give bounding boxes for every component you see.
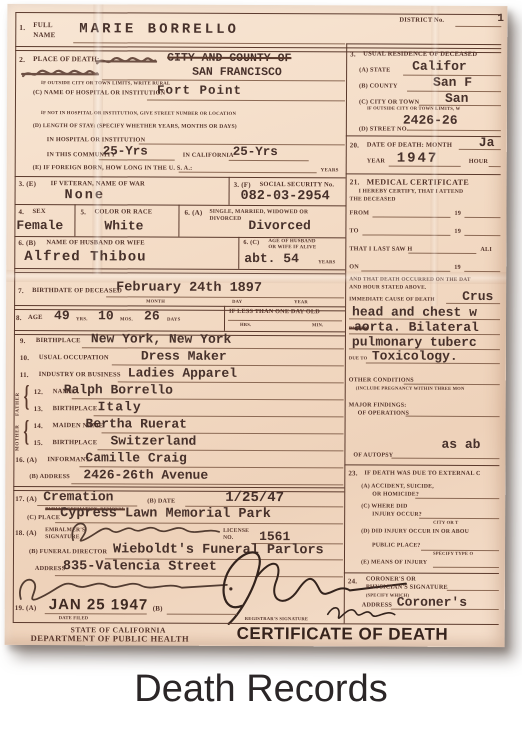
residence-city-value: San xyxy=(445,92,468,105)
race-num: 5. xyxy=(80,209,86,216)
industry-label: INDUSTRY OR BUSINESS xyxy=(39,372,121,379)
rule xyxy=(366,362,500,364)
occupation-label: USUAL OCCUPATION xyxy=(39,355,109,362)
age-years-value: 49 xyxy=(54,309,70,322)
major-findings-label: MAJOR FINDINGS: xyxy=(349,402,407,408)
spouse-label: NAME OF HUSBAND OR WIFE xyxy=(46,240,145,247)
cause-line1: Crus xyxy=(462,290,493,303)
accident-label2: OR HOMICIDE? xyxy=(372,493,419,499)
age-months-value: 10 xyxy=(98,309,114,322)
residence-city-sub: IF OUTSIDE CITY OR TOWN LIMITS, W xyxy=(367,106,460,111)
rule xyxy=(408,253,476,254)
sex-value: Female xyxy=(16,219,63,232)
hrs-label: HRS. xyxy=(240,323,251,328)
disposition-num: 17. (A) xyxy=(15,496,37,503)
in-california-label: IN CALIFORNIA xyxy=(183,153,234,159)
informant-value: Camille Craig xyxy=(85,451,186,464)
rule xyxy=(362,234,450,235)
marital-num: 6. (A) xyxy=(184,210,202,217)
day-label: DAY xyxy=(232,300,242,305)
scribble-overstrike xyxy=(95,54,157,67)
birthplace-value: New York, New York xyxy=(91,332,231,346)
full-name-value: MARIE BORRELLO xyxy=(79,22,239,37)
rule xyxy=(99,159,175,160)
not-in-hospital-note: IF NOT IN HOSPITAL OR INSTITUTION, GIVE … xyxy=(41,112,236,118)
informant-label: INFORMANT xyxy=(47,457,90,464)
spouse-age-unit: YEARS xyxy=(318,261,335,266)
place-of-death-label: PLACE OF DEATH: xyxy=(33,56,99,63)
industry-value: Ladies Apparel xyxy=(128,366,237,379)
age-num: 8. xyxy=(16,315,22,322)
race-value: White xyxy=(104,219,143,232)
cell-divider xyxy=(224,306,225,331)
certify-line2: THE DECEASED xyxy=(350,197,396,203)
rule xyxy=(464,235,500,236)
medical-title: MEDICAL CERTIFICATE xyxy=(367,178,470,186)
district-no-label: DISTRICT No. xyxy=(399,18,444,25)
footer-dept: DEPARTMENT OF PUBLIC HEALTH xyxy=(31,634,189,643)
where-injury-label1: (C) WHERE DID xyxy=(361,504,407,510)
month-label: MONTH xyxy=(146,300,165,305)
due-to-label: DUE TO xyxy=(349,356,368,361)
spouse-age-label2: OR WIFE IF ALIVE xyxy=(268,245,316,250)
coroner-num: 24. xyxy=(348,578,357,585)
residence-state-label: (A) STATE xyxy=(359,67,390,73)
informant-address-label: (B) ADDRESS xyxy=(29,474,70,480)
residence-label: USUAL RESIDENCE OF DECEASED xyxy=(363,51,477,58)
death-date-label: DATE OF DEATH: MONTH xyxy=(367,142,452,149)
rural-note: IF OUTSIDE CITY OR TOWN LIMITS, WRITE RU… xyxy=(41,82,170,87)
father-name-value: Ralph Borrello xyxy=(64,383,173,396)
specify-type-sub: SPECIFY TYPE O xyxy=(433,552,473,557)
father-birthplace-num: 13. xyxy=(34,406,43,413)
on-year19: 19 xyxy=(454,265,461,271)
mother-name-num: 14. xyxy=(34,423,43,430)
rule xyxy=(372,217,450,218)
birthdate-value: February 24th 1897 xyxy=(116,281,262,295)
year-label: YEAR xyxy=(294,300,308,305)
occupation-num: 10. xyxy=(20,355,29,362)
ssn-value: 082-03-2954 xyxy=(241,190,330,204)
marital-label2: DIVORCED xyxy=(209,217,241,223)
rule xyxy=(391,458,499,459)
rule xyxy=(419,518,499,519)
hospital-value: Fort Point xyxy=(157,85,242,98)
coroner-address-label: ADDRESS xyxy=(362,602,392,608)
spouse-value: Alfred Thibou xyxy=(24,250,146,265)
cell-divider xyxy=(178,205,179,237)
external-num: 23. xyxy=(348,470,357,477)
autopsy-value: as ab xyxy=(441,438,480,451)
in-hospital-label: IN HOSPITAL OR INSTITUTION xyxy=(47,137,145,144)
cause-line2: head and chest w xyxy=(352,305,477,319)
foreign-born-label: (E) IF FOREIGN BORN, HOW LONG IN THE U. … xyxy=(33,165,193,172)
date-filed-value: JAN 25 1947 xyxy=(49,597,148,612)
rule xyxy=(433,567,499,568)
rule xyxy=(464,271,500,272)
rule xyxy=(106,296,344,298)
disposition-date-value: 1/25/47 xyxy=(225,491,284,505)
in-california-value: 25-Yrs xyxy=(233,146,278,159)
residence-street-label: (D) STREET NO. xyxy=(359,126,409,132)
rule xyxy=(459,149,501,150)
death-certificate-document: DISTRICT No. 1 1. FULL NAME MARIE BORREL… xyxy=(5,4,508,647)
external-label: IF DEATH WAS DUE TO EXTERNAL C xyxy=(364,470,480,477)
to-label: TO xyxy=(349,228,358,234)
sex-label: SEX xyxy=(32,209,45,216)
rule xyxy=(406,416,500,417)
public-place-label: PUBLIC PLACE? xyxy=(372,544,421,550)
license-label1: LICENSE xyxy=(223,529,249,535)
rule xyxy=(455,26,501,27)
father-group-label: FATHER xyxy=(16,392,21,416)
accident-label1: (A) ACCIDENT, SUICIDE, xyxy=(361,484,434,490)
rule xyxy=(346,173,501,175)
embalmer-num: 18. (A) xyxy=(15,530,37,537)
veteran-num: 3. (E) xyxy=(19,181,37,188)
coroner-label1: CORONER'S OR xyxy=(366,576,416,582)
medical-num: 21. xyxy=(350,178,360,186)
residence-county-value: San F xyxy=(433,76,472,89)
mother-brace: { xyxy=(23,417,29,447)
to-year19: 19 xyxy=(454,229,461,235)
residence-street-value: 2426-26 xyxy=(403,114,458,127)
cell-divider xyxy=(229,177,230,205)
birthdate-num: 7. xyxy=(18,288,24,295)
ssn-label: SOCIAL SECURITY No. xyxy=(260,182,335,189)
border-top xyxy=(15,12,501,15)
residence-county-label: (B) COUNTY xyxy=(359,83,398,89)
death-year-value: 1947 xyxy=(397,152,439,166)
of-autopsy-label: OF AUTOPSY xyxy=(353,452,393,458)
place-city-county-struck: CITY AND COUNTY OF xyxy=(167,53,291,65)
date-filed-num: 19. (A) xyxy=(15,605,37,612)
district-no-value: 1 xyxy=(497,14,504,25)
rule xyxy=(346,135,501,137)
place-san-francisco: SAN FRANCISCO xyxy=(192,67,282,79)
in-community-value: 25-Yrs xyxy=(103,145,148,158)
rule xyxy=(229,160,309,161)
rule xyxy=(346,43,501,45)
age-label: AGE xyxy=(28,315,43,322)
last-saw-label: THAT I LAST SAW H xyxy=(349,246,412,252)
cell-divider xyxy=(74,204,75,236)
scribble-overstrike xyxy=(21,67,99,80)
hospital-label: (C) NAME OF HOSPITAL OR INSTITUTION xyxy=(33,90,165,97)
years-label: YEARS xyxy=(321,168,339,173)
rule xyxy=(489,166,501,167)
rule xyxy=(147,100,345,102)
mother-group-label: MOTHER xyxy=(15,425,20,451)
veteran-label: IF VETERAN, NAME OF WAR xyxy=(51,181,145,188)
spouse-age-value: abt. 54 xyxy=(244,252,299,265)
death-hour-label: HOUR xyxy=(469,159,488,165)
industry-num: 11. xyxy=(20,372,29,379)
cause-line5: Toxicology. xyxy=(372,350,458,363)
mother-birthplace-label: BIRTHPLACE xyxy=(52,440,97,447)
rule xyxy=(344,464,499,466)
funeral-address-label: ADDRESS xyxy=(35,566,65,572)
ssn-num: 3. (F) xyxy=(234,182,251,189)
father-name-num: 12. xyxy=(34,389,43,396)
occurred-line2: AND HOUR STATED ABOVE. xyxy=(349,285,426,291)
spouse-num: 6. (B) xyxy=(18,240,36,247)
coroner-label2: PHYSICIAN'S SIGNATURE xyxy=(366,584,448,591)
death-year-label: YEAR xyxy=(367,158,385,164)
disposition-value: Cremation xyxy=(43,490,113,503)
death-month-value: Ja xyxy=(479,136,495,149)
father-birthplace-label: BIRTHPLACE xyxy=(53,406,98,413)
full-name-label2: NAME xyxy=(33,32,55,39)
spouse-age-num: 6. (C) xyxy=(243,240,259,246)
spouse-age-label1: AGE OF HUSBAND xyxy=(268,239,315,244)
registrar-b-label: (B) xyxy=(153,606,163,613)
coroner-address-value: Coroner's xyxy=(397,596,467,609)
mother-birthplace-value: Switzerland xyxy=(110,434,196,447)
funeral-address-value: 835-Valencia Street xyxy=(63,560,217,574)
rule xyxy=(14,236,345,238)
race-label: COLOR OR RACE xyxy=(94,209,152,216)
less-than-day-label: IF LESS THAN ONE DAY OLD xyxy=(229,309,320,316)
rule xyxy=(15,204,346,206)
birthplace-label: BIRTHPLACE xyxy=(36,338,81,345)
on-label: ON xyxy=(349,264,359,270)
age-days-unit: DAYS xyxy=(167,319,180,324)
length-of-stay-label: (D) LENGTH OF STAY: (SPECIFY WHETHER YEA… xyxy=(33,124,237,130)
rule xyxy=(167,614,237,615)
full-name-num: 1. xyxy=(19,24,25,32)
cause-line4: pulmonary tuberc xyxy=(352,335,477,349)
from-year19: 19 xyxy=(454,211,461,217)
where-injury-label2: INJURY OCCUR? xyxy=(372,513,422,519)
place-of-death-num: 2. xyxy=(19,56,25,64)
rule xyxy=(15,176,346,178)
means-of-injury-label: (E) MEANS OF INJURY xyxy=(361,560,427,566)
disposition-place-label: (C) PLACE xyxy=(27,515,60,521)
funeral-director-label: (B) FUNERAL DIRECTOR xyxy=(29,549,107,556)
date-filed-sub: DATE FILED xyxy=(59,616,89,621)
mother-name-value: Bertha Ruerat xyxy=(86,417,187,430)
rule xyxy=(14,268,345,274)
registrar-sub: REGISTRAR'S SIGNATURE xyxy=(245,617,308,622)
sex-num: 4. xyxy=(18,209,24,216)
informant-num: 16. (A) xyxy=(15,457,37,464)
rule xyxy=(389,166,461,167)
rule xyxy=(71,483,343,485)
image-caption: Death Records xyxy=(0,668,522,711)
veteran-value: None xyxy=(65,189,105,203)
age-days-value: 26 xyxy=(144,310,160,323)
birthplace-num: 9. xyxy=(20,338,26,345)
age-years-unit: YRS. xyxy=(76,318,88,323)
birthdate-label: BIRTHDATE OF DECEASED xyxy=(32,288,122,295)
mother-birthplace-num: 15. xyxy=(33,440,42,447)
rule xyxy=(464,217,500,218)
informant-address-value: 2426-26th Avenue xyxy=(83,468,208,482)
marital-value: Divorced xyxy=(248,219,310,232)
father-birthplace-value: Italy xyxy=(98,400,142,413)
rule xyxy=(415,498,499,499)
of-operations-label: OF OPERATIONS xyxy=(358,410,409,416)
occurred-line1: AND THAT DEATH OCCURRED ON THE DAT xyxy=(349,277,471,283)
min-label: MIN. xyxy=(312,323,323,328)
rule xyxy=(73,42,345,44)
age-months-unit: MOS. xyxy=(120,318,133,323)
rule xyxy=(361,270,450,271)
disposition-date-label: (B) DATE xyxy=(147,499,175,505)
certificate-of-death-title: CERTIFICATE OF DEATH xyxy=(237,625,449,643)
city-or-town-sub: CITY OR T xyxy=(433,521,458,526)
other-conditions-sub: (INCLUDE PREGNANCY WITHIN THREE MON xyxy=(356,386,465,391)
cell-divider xyxy=(238,237,239,269)
full-name-label1: FULL xyxy=(33,22,53,29)
rule xyxy=(407,130,501,131)
cause-of-death-label: IMMEDIATE CAUSE OF DEATH xyxy=(349,297,435,303)
cause-line3: aorta. Bilateral xyxy=(354,320,479,334)
alive-label: ALI xyxy=(480,247,492,253)
residence-state-value: Califor xyxy=(412,60,467,73)
father-brace: { xyxy=(24,382,30,412)
injury-about-label: (D) DID INJURY OCCUR IN OR ABOU xyxy=(361,529,469,535)
death-date-num: 20. xyxy=(350,142,359,149)
residence-num: 3. xyxy=(350,51,356,58)
rule xyxy=(447,590,499,591)
from-label: FROM xyxy=(349,210,369,216)
occupation-value: Dress Maker xyxy=(141,349,227,362)
certify-line1: I HEREBY CERTIFY, THAT I ATTEND xyxy=(359,189,464,195)
rule xyxy=(179,172,317,174)
